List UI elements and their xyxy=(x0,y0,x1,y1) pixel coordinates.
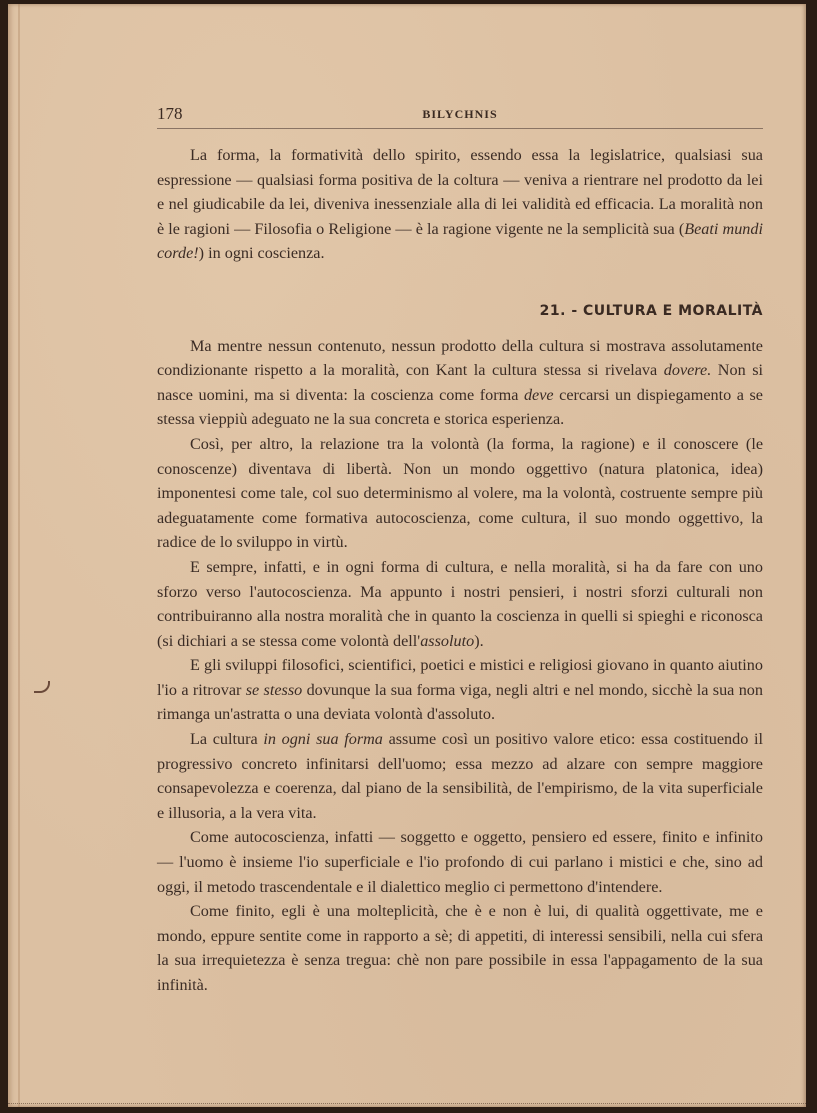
paragraph-2: Così, per altro, la relazione tra la vol… xyxy=(157,432,763,555)
paragraph-6: Come autocoscienza, infatti — soggetto e… xyxy=(157,825,763,899)
paragraph-1: Ma mentre nessun contenuto, nessun prodo… xyxy=(157,334,763,432)
page-fold-line xyxy=(18,4,20,1107)
section-heading: 21. - CULTURA E MORALITÀ xyxy=(157,299,763,324)
intro-paragraph: La forma, la formatività dello spirito, … xyxy=(157,143,763,266)
paragraph-3: E sempre, infatti, e in ogni forma di cu… xyxy=(157,555,763,653)
ink-mark xyxy=(34,681,50,693)
body-text: La forma, la formatività dello spirito, … xyxy=(157,143,763,998)
running-head: 178 BILYCHNIS xyxy=(157,104,763,126)
paragraph-5: La cultura in ogni sua forma assume così… xyxy=(157,727,763,825)
paragraph-7: Come finito, egli è una molteplicità, ch… xyxy=(157,899,763,997)
journal-title: BILYCHNIS xyxy=(157,107,763,122)
paragraph-4: E gli sviluppi filosofici, scientifici, … xyxy=(157,653,763,727)
page-bottom-edge xyxy=(8,1103,806,1104)
header-rule xyxy=(157,128,763,129)
